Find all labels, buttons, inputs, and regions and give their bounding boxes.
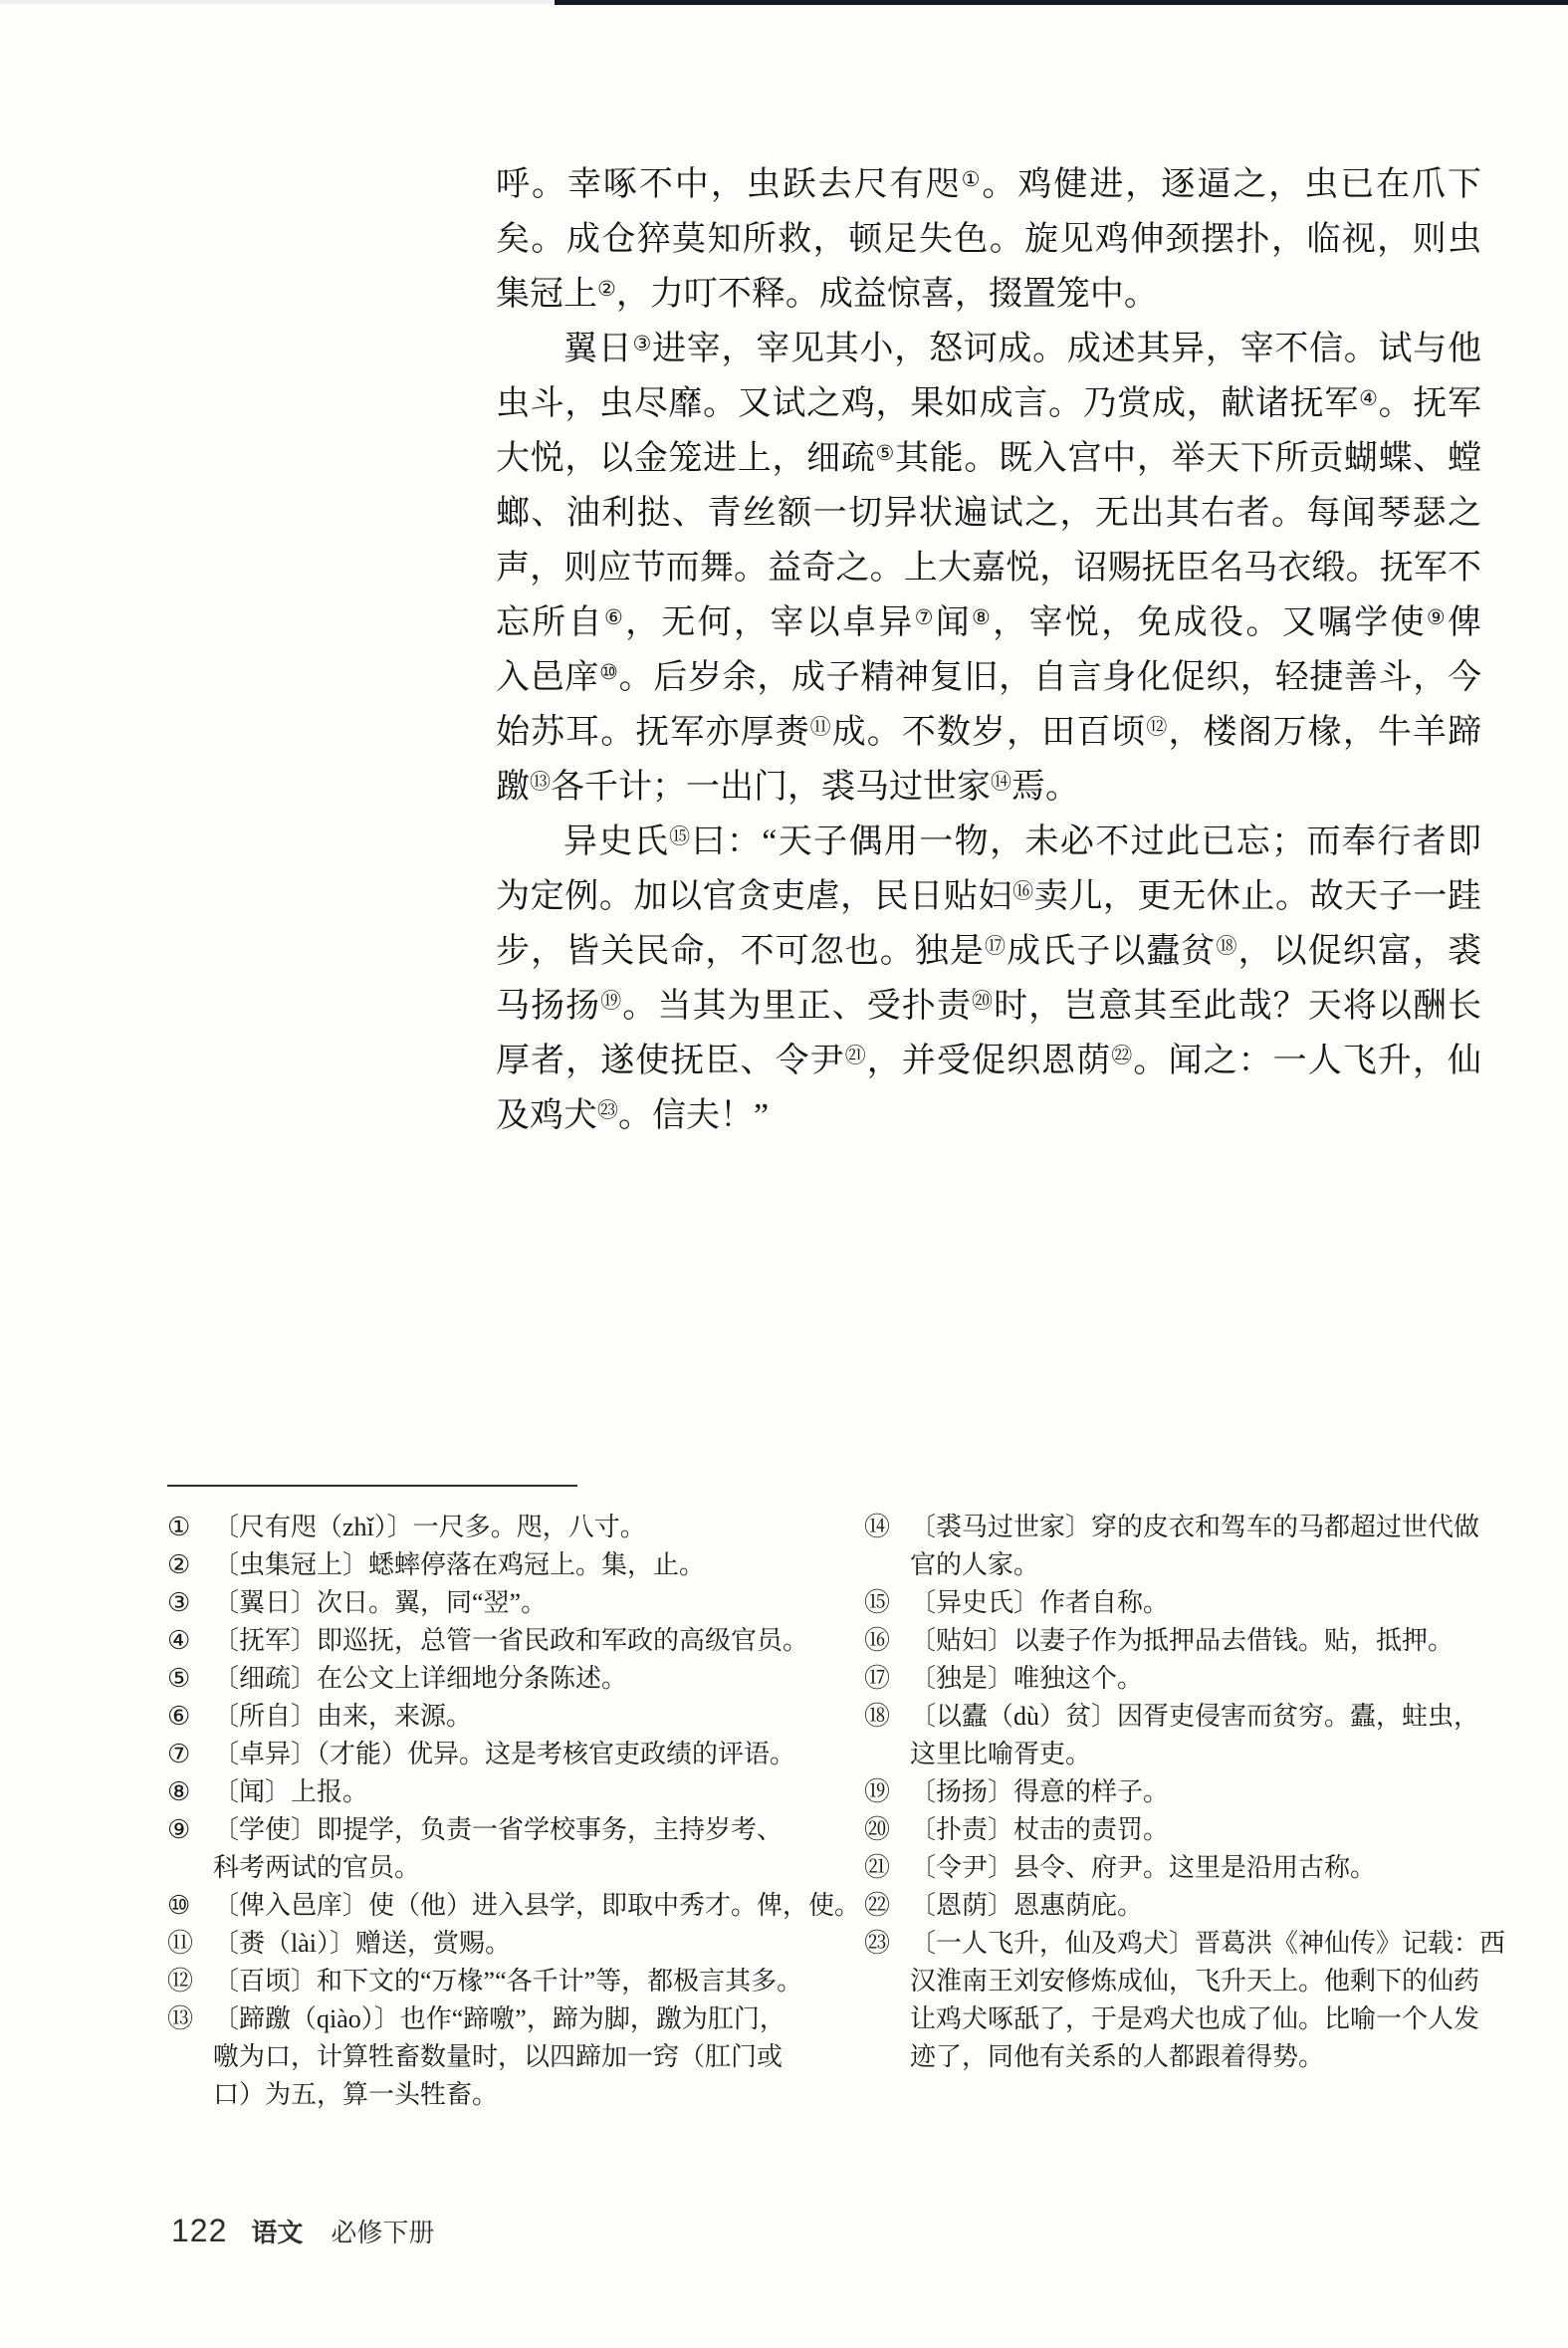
- footnote-number: ⑨: [167, 1811, 213, 1849]
- footnote-item: ⑥〔所自〕由来，来源。: [167, 1698, 836, 1736]
- text-line: 呼。幸啄不中，虫跃去尺有咫①。鸡健进，逐逼之，虫已在爪下: [496, 157, 1481, 212]
- footer-subject: 语文: [251, 2213, 303, 2249]
- footnote-item: ㉒〔恩荫〕恩惠荫庇。: [864, 1887, 1509, 1925]
- footnote-item: ⑳〔扑责〕杖击的责罚。: [864, 1811, 1509, 1849]
- footnote-number: ⑭: [864, 1509, 910, 1546]
- footnote-number: ⑤: [167, 1660, 213, 1698]
- text-line: 为定例。加以官贪吏虐，民日贴妇⑯卖儿，更无休止。故天子一跬: [496, 869, 1481, 924]
- footnote-text: 〔所自〕由来，来源。: [213, 1698, 836, 1736]
- footnote-number: ①: [167, 1509, 213, 1546]
- footnote-text: 〔百顷〕和下文的“万椽”“各千计”等，都极言其多。: [213, 1963, 836, 2000]
- text-line: 忘所自⑥，无何，宰以卓异⑦闻⑧，宰悦，免成役。又嘱学使⑨俾: [496, 595, 1481, 650]
- footnote-text: 〔俾入邑庠〕使（他）进入县学，即取中秀才。俾，使。: [213, 1887, 860, 1925]
- footnote-text: 〔学使〕即提学，负责一省学校事务，主持岁考、科考两试的官员。: [213, 1811, 836, 1887]
- footnotes-left: ①〔尺有咫（zhǐ）〕一尺多。咫，八寸。②〔虫集冠上〕蟋蟀停落在鸡冠上。集，止。…: [167, 1509, 836, 2114]
- footnote-item: ⑩〔俾入邑庠〕使（他）进入县学，即取中秀才。俾，使。: [167, 1887, 836, 1925]
- text-line: 马扬扬⑲。当其为里正、受扑责⑳时，岂意其至此哉？天将以酬长: [496, 979, 1481, 1034]
- footnote-number: ⑲: [864, 1773, 910, 1811]
- main-text-block: 呼。幸啄不中，虫跃去尺有咫①。鸡健进，逐逼之，虫已在爪下矣。成仓猝莫知所救，顿足…: [496, 157, 1481, 1143]
- footnote-number: ⑯: [864, 1622, 910, 1660]
- footnote-item: ④〔抚军〕即巡抚，总管一省民政和军政的高级官员。: [167, 1622, 836, 1660]
- footnote-item: ⑨〔学使〕即提学，负责一省学校事务，主持岁考、科考两试的官员。: [167, 1811, 836, 1887]
- text-line: 厚者，遂使抚臣、令尹㉑，并受促织恩荫㉒。闻之：一人飞升，仙: [496, 1034, 1481, 1088]
- footnote-item: ⑰〔独是〕唯独这个。: [864, 1660, 1509, 1698]
- footnote-number: ④: [167, 1622, 213, 1660]
- page-number: 122: [171, 2213, 227, 2249]
- footnote-number: ⑬: [167, 2000, 213, 2038]
- footnote-text: 〔赉（lài）〕赠送，赏赐。: [213, 1925, 836, 1963]
- footnote-number: ⑦: [167, 1736, 213, 1773]
- footnote-number: ⑥: [167, 1698, 213, 1736]
- footnote-item: ㉑〔令尹〕县令、府尹。这里是沿用古称。: [864, 1849, 1509, 1887]
- footnote-number: ⑰: [864, 1660, 910, 1698]
- footnote-number: ⑧: [167, 1773, 213, 1811]
- footnote-divider: [167, 1485, 577, 1487]
- text-line: 躈⑬各千计；一出门，裘马过世家⑭焉。: [496, 760, 1481, 815]
- footnote-item: ⑯〔贴妇〕以妻子作为抵押品去借钱。贴，抵押。: [864, 1622, 1509, 1660]
- footnote-text: 〔细疏〕在公文上详细地分条陈述。: [213, 1660, 836, 1698]
- footnotes-right: ⑭〔裘马过世家〕穿的皮衣和驾车的马都超过世代做官的人家。⑮〔异史氏〕作者自称。⑯…: [864, 1509, 1509, 2076]
- footnote-number: ⑩: [167, 1887, 213, 1925]
- footnote-text: 〔以蠹（dù）贫〕因胥吏侵害而贫穷。蠹，蛀虫，这里比喻胥吏。: [910, 1698, 1509, 1773]
- text-line: 翼日③进宰，宰见其小，怒诃成。成述其异，宰不信。试与他: [496, 322, 1481, 376]
- footnote-item: ⑦〔卓异〕（才能）优异。这是考核官吏政绩的评语。: [167, 1736, 836, 1773]
- footnote-number: ⑫: [167, 1963, 213, 2000]
- text-line: 虫斗，虫尽靡。又试之鸡，果如成言。乃赏成，献诸抚军④。抚军: [496, 376, 1481, 431]
- text-line: 矣。成仓猝莫知所救，顿足失色。旋见鸡伸颈摆扑，临视，则虫: [496, 212, 1481, 267]
- text-line: 集冠上②，力叮不释。成益惊喜，掇置笼中。: [496, 267, 1481, 322]
- footnote-number: ⑱: [864, 1698, 910, 1736]
- footnote-text: 〔抚军〕即巡抚，总管一省民政和军政的高级官员。: [213, 1622, 836, 1660]
- footnote-text: 〔独是〕唯独这个。: [910, 1660, 1509, 1698]
- footnote-text: 〔闻〕上报。: [213, 1773, 836, 1811]
- top-edge-light-strip: [0, 0, 555, 4]
- footnote-item: ⑬〔蹄躈（qiào）〕也作“蹄噭”，蹄为脚，躈为肛门，噭为口，计算牲畜数量时，以…: [167, 2000, 836, 2114]
- page-footer: 122 语文 必修下册: [171, 2213, 434, 2249]
- textbook-page: 呼。幸啄不中，虫跃去尺有咫①。鸡健进，逐逼之，虫已在爪下矣。成仓猝莫知所救，顿足…: [0, 0, 1568, 2348]
- top-edge-dark-line: [555, 0, 1568, 5]
- footnote-text: 〔裘马过世家〕穿的皮衣和驾车的马都超过世代做官的人家。: [910, 1509, 1509, 1584]
- footnote-number: ㉒: [864, 1887, 910, 1925]
- text-line: 步，皆关民命，不可忽也。独是⑰成氏子以蠹贫⑱，以促织富，裘: [496, 924, 1481, 979]
- footnote-text: 〔恩荫〕恩惠荫庇。: [910, 1887, 1509, 1925]
- footnote-number: ⑮: [864, 1584, 910, 1622]
- text-line: 大悦，以金笼进上，细疏⑤其能。既入宫中，举天下所贡蝴蝶、螳: [496, 431, 1481, 486]
- footnote-item: ⑲〔扬扬〕得意的样子。: [864, 1773, 1509, 1811]
- footnote-number: ⑳: [864, 1811, 910, 1849]
- footnote-number: ㉑: [864, 1849, 910, 1887]
- footnote-item: ⑮〔异史氏〕作者自称。: [864, 1584, 1509, 1622]
- footnote-text: 〔蹄躈（qiào）〕也作“蹄噭”，蹄为脚，躈为肛门，噭为口，计算牲畜数量时，以四…: [213, 2000, 836, 2114]
- footnote-item: ⑤〔细疏〕在公文上详细地分条陈述。: [167, 1660, 836, 1698]
- text-line: 螂、油利挞、青丝额一切异状遍试之，无出其右者。每闻琴瑟之: [496, 486, 1481, 541]
- footnote-text: 〔一人飞升，仙及鸡犬〕晋葛洪《神仙传》记载：西汉淮南王刘安修炼成仙，飞升天上。他…: [910, 1925, 1509, 2076]
- text-line: 入邑庠⑩。后岁余，成子精神复旧，自言身化促织，轻捷善斗，今: [496, 650, 1481, 705]
- footnote-text: 〔贴妇〕以妻子作为抵押品去借钱。贴，抵押。: [910, 1622, 1509, 1660]
- footnote-item: ⑱〔以蠹（dù）贫〕因胥吏侵害而贫穷。蠹，蛀虫，这里比喻胥吏。: [864, 1698, 1509, 1773]
- footnote-text: 〔卓异〕（才能）优异。这是考核官吏政绩的评语。: [213, 1736, 836, 1773]
- text-line: 声，则应节而舞。益奇之。上大嘉悦，诏赐抚臣名马衣缎。抚军不: [496, 541, 1481, 595]
- footnote-text: 〔尺有咫（zhǐ）〕一尺多。咫，八寸。: [213, 1509, 836, 1546]
- footnote-text: 〔虫集冠上〕蟋蟀停落在鸡冠上。集，止。: [213, 1546, 836, 1584]
- footnote-item: ⑪〔赉（lài）〕赠送，赏赐。: [167, 1925, 836, 1963]
- footnote-item: ⑫〔百顷〕和下文的“万椽”“各千计”等，都极言其多。: [167, 1963, 836, 2000]
- footnote-number: ②: [167, 1546, 213, 1584]
- footnote-number: ⑪: [167, 1925, 213, 1963]
- footnote-number: ㉓: [864, 1925, 910, 1963]
- footnote-text: 〔扬扬〕得意的样子。: [910, 1773, 1509, 1811]
- footnote-item: ①〔尺有咫（zhǐ）〕一尺多。咫，八寸。: [167, 1509, 836, 1546]
- footnote-item: ③〔翼日〕次日。翼，同“翌”。: [167, 1584, 836, 1622]
- footnote-number: ③: [167, 1584, 213, 1622]
- text-line: 始苏耳。抚军亦厚赉⑪成。不数岁，田百顷⑫，楼阁万椽，牛羊蹄: [496, 705, 1481, 760]
- text-line: 异史氏⑮曰：“天子偶用一物，未必不过此已忘；而奉行者即: [496, 815, 1481, 869]
- footnote-item: ㉓〔一人飞升，仙及鸡犬〕晋葛洪《神仙传》记载：西汉淮南王刘安修炼成仙，飞升天上。…: [864, 1925, 1509, 2076]
- footnote-text: 〔翼日〕次日。翼，同“翌”。: [213, 1584, 836, 1622]
- text-line: 及鸡犬㉓。信夫！”: [496, 1088, 1481, 1143]
- footer-volume: 必修下册: [331, 2213, 434, 2249]
- footnote-item: ⑭〔裘马过世家〕穿的皮衣和驾车的马都超过世代做官的人家。: [864, 1509, 1509, 1584]
- footnote-text: 〔扑责〕杖击的责罚。: [910, 1811, 1509, 1849]
- footnote-text: 〔异史氏〕作者自称。: [910, 1584, 1509, 1622]
- footnote-text: 〔令尹〕县令、府尹。这里是沿用古称。: [910, 1849, 1509, 1887]
- footnote-item: ⑧〔闻〕上报。: [167, 1773, 836, 1811]
- footnote-item: ②〔虫集冠上〕蟋蟀停落在鸡冠上。集，止。: [167, 1546, 836, 1584]
